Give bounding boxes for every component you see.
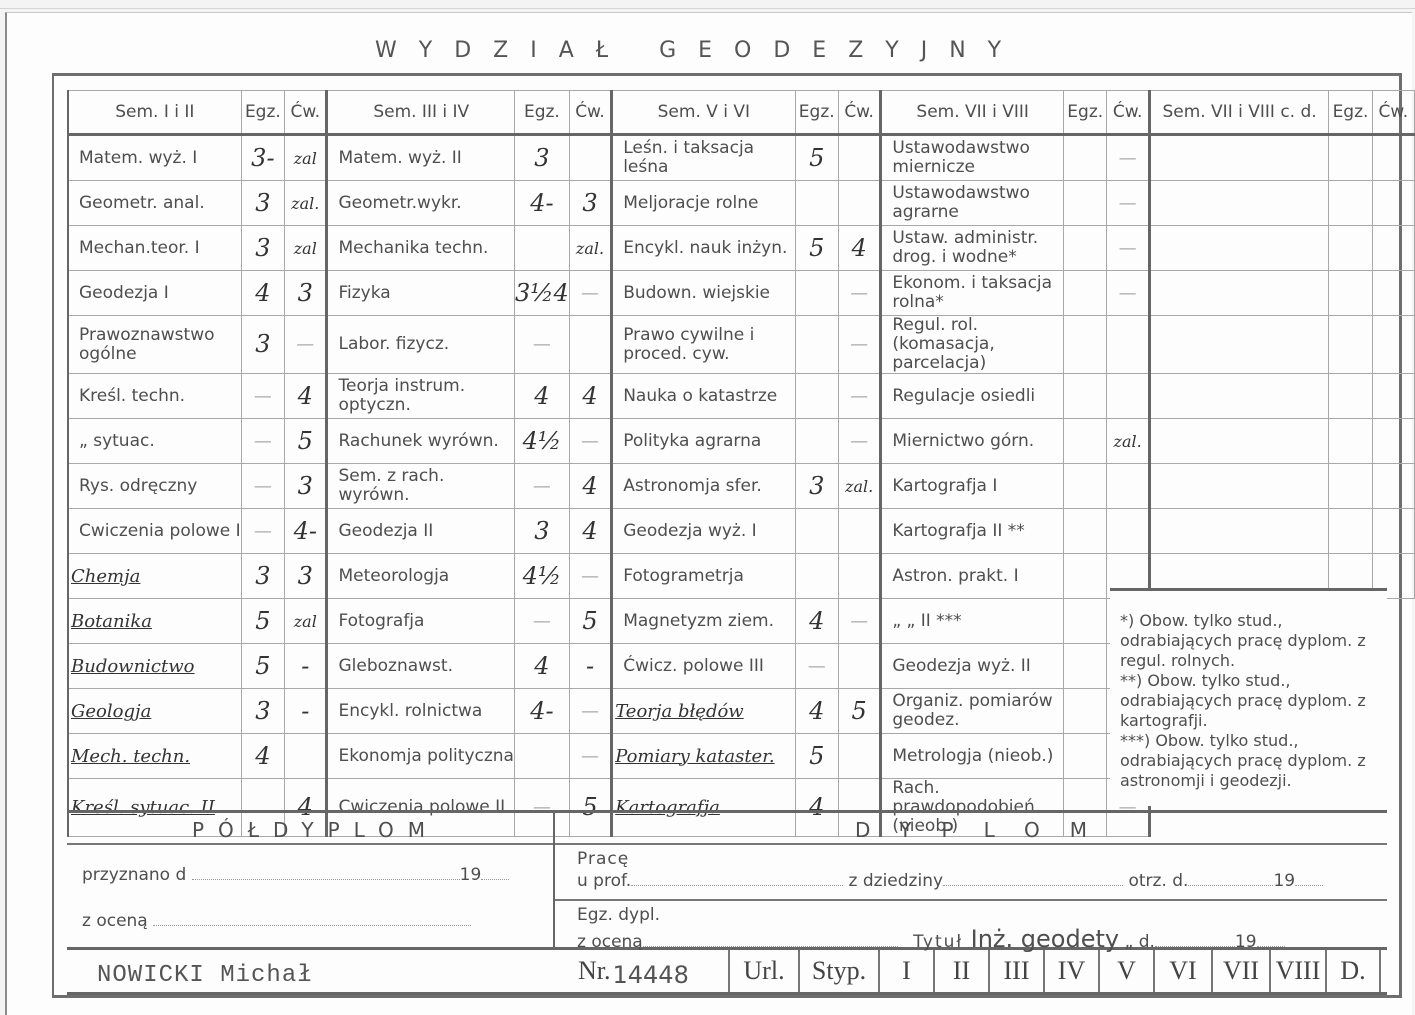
subject-cell: Nauka o katastrze — [612, 374, 795, 419]
header-cw: Ćw. — [285, 91, 327, 135]
header-sem-5-6: Sem. V i VI — [612, 91, 795, 135]
granted-year-field[interactable] — [481, 865, 509, 880]
exam-grade-cell — [795, 316, 838, 374]
table-row: Prawoznawstwo ogólne3—Labor. fizycz.—Pra… — [68, 316, 1415, 374]
subject-cell: Leśn. i taksacja leśna — [612, 135, 795, 181]
exercise-grade-cell: zal. — [838, 464, 880, 509]
exercise-grade-cell — [569, 135, 611, 181]
subject-cell: Meteorologja — [327, 554, 515, 599]
exercise-grade-cell: 5 — [285, 419, 327, 464]
subject-cell: Mechan.teor. I — [68, 226, 241, 271]
subject-cell: Ćwicz. polowe III — [612, 644, 795, 689]
exercise-grade-cell: zal — [285, 226, 327, 271]
exercise-grade-cell: 5 — [569, 599, 611, 644]
exercise-grade-cell: zal. — [1107, 419, 1149, 464]
subject-cell: Kartografja I — [881, 464, 1064, 509]
exercise-grade-cell: - — [569, 644, 611, 689]
degree-date-field[interactable] — [1155, 932, 1235, 947]
continuation-subject-cell[interactable] — [1149, 181, 1328, 226]
exercise-grade-cell: — — [285, 316, 327, 374]
exercise-grade-cell — [838, 644, 880, 689]
box-url[interactable]: Url. — [728, 950, 798, 992]
exam-grade-cell: 5 — [241, 599, 284, 644]
work-row: u prof. z dziedziny otrz. d.19 — [577, 871, 1323, 891]
exercise-grade-cell: 5 — [838, 689, 880, 734]
box-diploma[interactable]: D. — [1325, 950, 1381, 992]
box-sem-5[interactable]: V — [1098, 950, 1153, 992]
box-sem-8[interactable]: VIII — [1269, 950, 1325, 992]
subject-cell: Astronomja sfer. — [612, 464, 795, 509]
subject-cell: Metrologja (nieob.) — [881, 734, 1064, 779]
header-row: Sem. I i II Egz. Ćw. Sem. III i IV Egz. … — [68, 91, 1415, 135]
nr-value: 14448 — [613, 961, 689, 989]
subject-cell: Ekonomja polityczna — [327, 734, 515, 779]
continuation-subject-cell[interactable] — [1149, 226, 1328, 271]
exam-grade-cell — [514, 734, 569, 779]
header-sem-3-4: Sem. III i IV — [327, 91, 515, 135]
exam-grade-cell: 4- — [514, 689, 569, 734]
subject-cell: Magnetyzm ziem. — [612, 599, 795, 644]
subject-cell: Matem. wyż. II — [327, 135, 515, 181]
grade-label: z oceną — [82, 911, 148, 931]
field-field[interactable] — [943, 871, 1123, 886]
subject-cell: Mech. techn. — [68, 734, 241, 779]
subject-cell: Matem. wyż. I — [68, 135, 241, 181]
exercise-grade-cell: 4 — [569, 374, 611, 419]
exam-grade-cell — [1064, 135, 1107, 181]
exam-grade-cell — [1064, 271, 1107, 316]
dyplom-panel: DYPLOM Pracę u prof. z dziedziny otrz. d… — [555, 813, 1387, 947]
exam-grade-cell: — — [241, 374, 284, 419]
exam-grade-cell — [1064, 464, 1107, 509]
continuation-exercise-grade-cell[interactable] — [1372, 464, 1414, 509]
exercise-grade-cell: zal. — [285, 181, 327, 226]
student-name: NOWICKI Michał — [97, 962, 313, 989]
subject-cell: Ekonom. i taksacja rolna* — [881, 271, 1064, 316]
exam-grade-cell: — — [241, 464, 284, 509]
continuation-subject-cell[interactable] — [1149, 271, 1328, 316]
continuation-subject-cell[interactable] — [1149, 135, 1328, 181]
exam-grade-cell — [1064, 509, 1107, 554]
continuation-exercise-grade-cell[interactable] — [1372, 316, 1414, 374]
received-date-field[interactable] — [1188, 871, 1273, 886]
continuation-exercise-grade-cell[interactable] — [1372, 509, 1414, 554]
subject-cell: Kreśl. techn. — [68, 374, 241, 419]
divider — [555, 843, 1387, 845]
header-cw: Ćw. — [1372, 91, 1414, 135]
subject-cell: Geometr.wykr. — [327, 181, 515, 226]
continuation-exercise-grade-cell[interactable] — [1372, 374, 1414, 419]
subject-cell: Ustaw. administr. drog. i wodne* — [881, 226, 1064, 271]
exam-grade-cell — [1064, 374, 1107, 419]
exam-grade-cell — [795, 181, 838, 226]
subject-cell: Pomiary kataster. — [612, 734, 795, 779]
subject-cell: Fotogrametrja — [612, 554, 795, 599]
subject-cell: Mechanika techn. — [327, 226, 515, 271]
exam-label: Egz. dypl. — [577, 905, 660, 925]
exam-grade-label: z oceną — [577, 932, 643, 952]
exam-grade-cell: 3 — [241, 554, 284, 599]
exercise-grade-cell: 4 — [838, 226, 880, 271]
exercise-grade-cell: — — [838, 374, 880, 419]
subject-cell: Chemja — [68, 554, 241, 599]
exercise-grade-cell: — — [1107, 271, 1149, 316]
box-sem-2[interactable]: II — [933, 950, 988, 992]
exam-grade-cell — [1064, 734, 1107, 779]
exam-row: z oceną Tytuł Inż. geodety „ d.19 — [577, 925, 1285, 953]
exercise-grade-cell — [838, 181, 880, 226]
exercise-grade-cell: 3 — [569, 181, 611, 226]
exam-grade-cell: 3 — [514, 135, 569, 181]
exercise-grade-cell: — — [569, 271, 611, 316]
exercise-grade-cell — [838, 734, 880, 779]
footnote-2: **) Obow. tylko stud., odrabiających pra… — [1120, 671, 1387, 731]
subject-cell: Geodezja wyż. I — [612, 509, 795, 554]
exam-grade-cell: 4½ — [514, 419, 569, 464]
divider — [555, 899, 1387, 901]
exam-grade-cell: 3 — [241, 226, 284, 271]
received-label: otrz. d. — [1128, 871, 1188, 891]
exercise-grade-cell: — — [838, 316, 880, 374]
continuation-exercise-grade-cell[interactable] — [1372, 181, 1414, 226]
exam-grade-cell: — — [514, 316, 569, 374]
subject-cell: Geodezja II — [327, 509, 515, 554]
table-row: Geodezja I43Fizyka3½4—Budown. wiejskie—E… — [68, 271, 1415, 316]
subject-cell: Encykl. rolnictwa — [327, 689, 515, 734]
table-row: Rys. odręczny—3Sem. z rach. wyrówn.—4Ast… — [68, 464, 1415, 509]
subject-cell: Fizyka — [327, 271, 515, 316]
exam-grade-cell: — — [795, 644, 838, 689]
exam-grade-field[interactable] — [643, 932, 898, 947]
work-label: Pracę — [577, 849, 629, 869]
subject-cell: „ sytuac. — [68, 419, 241, 464]
exercise-grade-cell: — — [838, 599, 880, 644]
exam-grade-cell: 3 — [241, 316, 284, 374]
header-egz: Egz. — [241, 91, 284, 135]
subject-cell: Sem. z rach. wyrówn. — [327, 464, 515, 509]
received-year-field[interactable] — [1295, 871, 1323, 886]
exam-grade-cell — [1064, 689, 1107, 734]
exam-grade-cell: 4½ — [514, 554, 569, 599]
exam-grade-cell: 3 — [514, 509, 569, 554]
exam-grade-cell: 3 — [795, 464, 838, 509]
exam-grade-cell — [795, 419, 838, 464]
exam-grade-cell: 3 — [241, 689, 284, 734]
exam-grade-cell — [1064, 316, 1107, 374]
subject-cell: Gleboznawst. — [327, 644, 515, 689]
divider — [67, 843, 553, 845]
box-sem-6[interactable]: VI — [1153, 950, 1211, 992]
subject-cell: Encykl. nauk inżyn. — [612, 226, 795, 271]
header-sem-7-8: Sem. VII i VIII — [881, 91, 1064, 135]
subject-cell: Prawoznawstwo ogólne — [68, 316, 241, 374]
exercise-grade-cell: 3 — [285, 271, 327, 316]
continuation-exercise-grade-cell[interactable] — [1372, 135, 1414, 181]
exercise-grade-cell: — — [1107, 181, 1149, 226]
exercise-grade-cell — [838, 135, 880, 181]
exam-grade-cell — [1064, 644, 1107, 689]
record-number-box: Nr. 14448 — [568, 950, 728, 992]
subject-cell: Rachunek wyrówn. — [327, 419, 515, 464]
box-sem-4[interactable]: IV — [1043, 950, 1098, 992]
continuation-exam-grade-cell[interactable] — [1329, 419, 1372, 464]
subject-cell: Teorja błędów — [612, 689, 795, 734]
status-boxes: Nr. 14448 Url. Styp. I II III IV V VI VI… — [568, 950, 1381, 995]
exercise-grade-cell: 4 — [569, 509, 611, 554]
granted-date-field[interactable] — [192, 865, 460, 880]
header-sem-7-8-cont: Sem. VII i VIII c. d. — [1149, 91, 1328, 135]
exercise-grade-cell: — — [569, 419, 611, 464]
grade-row: z oceną — [82, 911, 471, 931]
exercise-grade-cell: - — [285, 689, 327, 734]
exam-grade-cell — [1064, 599, 1107, 644]
continuation-subject-cell[interactable] — [1149, 419, 1328, 464]
header-egz: Egz. — [1329, 91, 1372, 135]
exercise-grade-cell: — — [569, 734, 611, 779]
subject-cell: Geodezja wyż. II — [881, 644, 1064, 689]
exercise-grade-cell — [1107, 316, 1149, 374]
diploma-section: PÓŁDYPLOM przyznano d 19 z oceną DYPLOM … — [67, 810, 1387, 950]
box-sem-7[interactable]: VII — [1211, 950, 1269, 992]
granted-row: przyznano d 19 — [82, 865, 509, 885]
exam-grade-cell — [1064, 181, 1107, 226]
exercise-grade-cell: 3 — [285, 464, 327, 509]
exam-grade-cell — [1064, 554, 1107, 599]
box-sem-3[interactable]: III — [988, 950, 1043, 992]
exam-grade-cell: — — [514, 464, 569, 509]
continuation-exam-grade-cell[interactable] — [1329, 135, 1372, 181]
subject-cell: Geologja — [68, 689, 241, 734]
subject-cell: Regul. rol. (komasacja, parcelacja) — [881, 316, 1064, 374]
exercise-grade-cell: 3 — [285, 554, 327, 599]
exam-grade-cell — [514, 226, 569, 271]
subject-cell: „ „ II *** — [881, 599, 1064, 644]
title-label: Tytuł — [913, 932, 963, 952]
header-sem-1-2: Sem. I i II — [68, 91, 241, 135]
exam-grade-cell: 3½4 — [514, 271, 569, 316]
exam-grade-cell: 5 — [795, 734, 838, 779]
nr-label: Nr. — [578, 956, 611, 986]
poldyplom-panel: PÓŁDYPLOM przyznano d 19 z oceną — [67, 813, 555, 947]
exam-grade-cell: 4- — [514, 181, 569, 226]
exercise-grade-cell — [285, 734, 327, 779]
exam-grade-cell: 5 — [795, 135, 838, 181]
exam-grade-cell: — — [241, 509, 284, 554]
header-egz: Egz. — [514, 91, 569, 135]
exercise-grade-cell: 4 — [285, 374, 327, 419]
subject-cell: Ustawodawstwo agrarne — [881, 181, 1064, 226]
table-row: Geometr. anal.3zal.Geometr.wykr.4-3Meljo… — [68, 181, 1415, 226]
exercise-grade-cell: 4 — [569, 464, 611, 509]
exercise-grade-cell: — — [1107, 135, 1149, 181]
exercise-grade-cell: — — [569, 554, 611, 599]
exercise-grade-cell: zal. — [569, 226, 611, 271]
granted-label: przyznano d — [82, 865, 186, 885]
box-styp[interactable]: Styp. — [798, 950, 878, 992]
header-cw: Ćw. — [569, 91, 611, 135]
scan-top-edge — [0, 8, 1415, 9]
box-sem-1[interactable]: I — [878, 950, 933, 992]
subject-cell: Rys. odręczny — [68, 464, 241, 509]
exercise-grade-cell — [1107, 509, 1149, 554]
exam-grade-cell: 4 — [795, 689, 838, 734]
exam-grade-cell: 4 — [795, 599, 838, 644]
faculty-title: WYDZIAŁ GEODEZYJNY — [375, 38, 1023, 63]
continuation-exam-grade-cell[interactable] — [1329, 181, 1372, 226]
subject-cell: Budownictwo — [68, 644, 241, 689]
prof-field[interactable] — [631, 871, 843, 886]
subject-cell: Kartografja II ** — [881, 509, 1064, 554]
continuation-subject-cell[interactable] — [1149, 316, 1328, 374]
footnote-1: *) Obow. tylko stud., odrabiających prac… — [1120, 611, 1387, 671]
exam-grade-cell: — — [241, 419, 284, 464]
header-cw: Ćw. — [1107, 91, 1149, 135]
exercise-grade-cell: — — [838, 271, 880, 316]
exam-grade-cell — [795, 271, 838, 316]
table-row: „ sytuac.—5Rachunek wyrówn.4½—Polityka a… — [68, 419, 1415, 464]
subject-cell: Regulacje osiedli — [881, 374, 1064, 419]
continuation-subject-cell[interactable] — [1149, 509, 1328, 554]
subject-cell: Organiz. pomiarów geodez. — [881, 689, 1064, 734]
continuation-exercise-grade-cell[interactable] — [1372, 271, 1414, 316]
exercise-grade-cell: - — [285, 644, 327, 689]
continuation-exam-grade-cell[interactable] — [1329, 374, 1372, 419]
exam-grade-cell: 4 — [514, 374, 569, 419]
exercise-grade-cell: — — [1107, 226, 1149, 271]
subject-cell: Ustawodawstwo miernicze — [881, 135, 1064, 181]
exam-grade-cell — [795, 554, 838, 599]
exercise-grade-cell — [1107, 464, 1149, 509]
table-row: Kreśl. techn.—4Teorja instrum. optyczn.4… — [68, 374, 1415, 419]
exercise-grade-cell: — — [838, 419, 880, 464]
date-label: „ d. — [1124, 932, 1154, 952]
exam-grade-cell: 4 — [241, 271, 284, 316]
subject-cell: Cwiczenia polowe I — [68, 509, 241, 554]
continuation-subject-cell[interactable] — [1149, 374, 1328, 419]
exam-grade-cell: 5 — [241, 644, 284, 689]
continuation-exam-grade-cell[interactable] — [1329, 464, 1372, 509]
footnotes: *) Obow. tylko stud., odrabiających prac… — [1110, 588, 1387, 806]
year-label: 19 — [1235, 932, 1257, 952]
exercise-grade-cell — [838, 509, 880, 554]
subject-cell: Miernictwo górn. — [881, 419, 1064, 464]
exercise-grade-cell — [838, 554, 880, 599]
exercise-grade-cell — [1107, 374, 1149, 419]
subject-cell: Meljoracje rolne — [612, 181, 795, 226]
exercise-grade-cell: — — [569, 689, 611, 734]
exam-grade-cell — [1064, 226, 1107, 271]
exam-grade-cell: 5 — [795, 226, 838, 271]
header-cw: Ćw. — [838, 91, 880, 135]
continuation-exam-grade-cell[interactable] — [1329, 271, 1372, 316]
exam-grade-cell — [795, 509, 838, 554]
header-egz: Egz. — [1064, 91, 1107, 135]
continuation-exam-grade-cell[interactable] — [1329, 226, 1372, 271]
header-egz: Egz. — [795, 91, 838, 135]
subject-cell: Labor. fizycz. — [327, 316, 515, 374]
subject-cell: Polityka agrarna — [612, 419, 795, 464]
year-label: 19 — [1273, 871, 1295, 891]
exam-grade-cell: 4 — [514, 644, 569, 689]
poldyplom-title: PÓŁDYPLOM — [192, 818, 439, 842]
exercise-grade-cell: zal — [285, 599, 327, 644]
table-row: Cwiczenia polowe I—4-Geodezja II34Geodez… — [68, 509, 1415, 554]
footnote-3: ***) Obow. tylko stud., odrabiających pr… — [1120, 731, 1387, 791]
exam-grade-cell — [1064, 419, 1107, 464]
table-row: Mechan.teor. I3zalMechanika techn.zal.En… — [68, 226, 1415, 271]
student-strip: NOWICKI Michał Nr. 14448 Url. Styp. I II… — [67, 950, 1387, 995]
continuation-subject-cell[interactable] — [1149, 464, 1328, 509]
degree-year-field[interactable] — [1257, 932, 1285, 947]
prof-label: u prof. — [577, 871, 631, 891]
table-row: Matem. wyż. I3-zalMatem. wyż. II3Leśn. i… — [68, 135, 1415, 181]
continuation-exercise-grade-cell[interactable] — [1372, 419, 1414, 464]
subject-cell: Budown. wiejskie — [612, 271, 795, 316]
exam-grade-cell: 4 — [241, 734, 284, 779]
degree-value: Inż. geodety — [971, 925, 1119, 953]
field-label: z dziedziny — [849, 871, 944, 891]
exam-grade-cell: 3 — [241, 181, 284, 226]
year-label: 19 — [460, 865, 482, 885]
exercise-grade-cell: zal — [285, 135, 327, 181]
continuation-exam-grade-cell[interactable] — [1329, 509, 1372, 554]
dyplom-title: DYPLOM — [855, 818, 1117, 842]
subject-cell: Astron. prakt. I — [881, 554, 1064, 599]
continuation-exam-grade-cell[interactable] — [1329, 316, 1372, 374]
continuation-exercise-grade-cell[interactable] — [1372, 226, 1414, 271]
grade-field[interactable] — [153, 911, 471, 926]
subject-cell: Geodezja I — [68, 271, 241, 316]
subject-cell: Prawo cywilne i proced. cyw. — [612, 316, 795, 374]
subject-cell: Teorja instrum. optyczn. — [327, 374, 515, 419]
exam-grade-cell: 3- — [241, 135, 284, 181]
exercise-grade-cell — [569, 316, 611, 374]
subject-cell: Botanika — [68, 599, 241, 644]
exam-grade-cell: — — [514, 599, 569, 644]
exam-grade-cell — [795, 374, 838, 419]
exercise-grade-cell: 4- — [285, 509, 327, 554]
subject-cell: Geometr. anal. — [68, 181, 241, 226]
subject-cell: Fotografja — [327, 599, 515, 644]
